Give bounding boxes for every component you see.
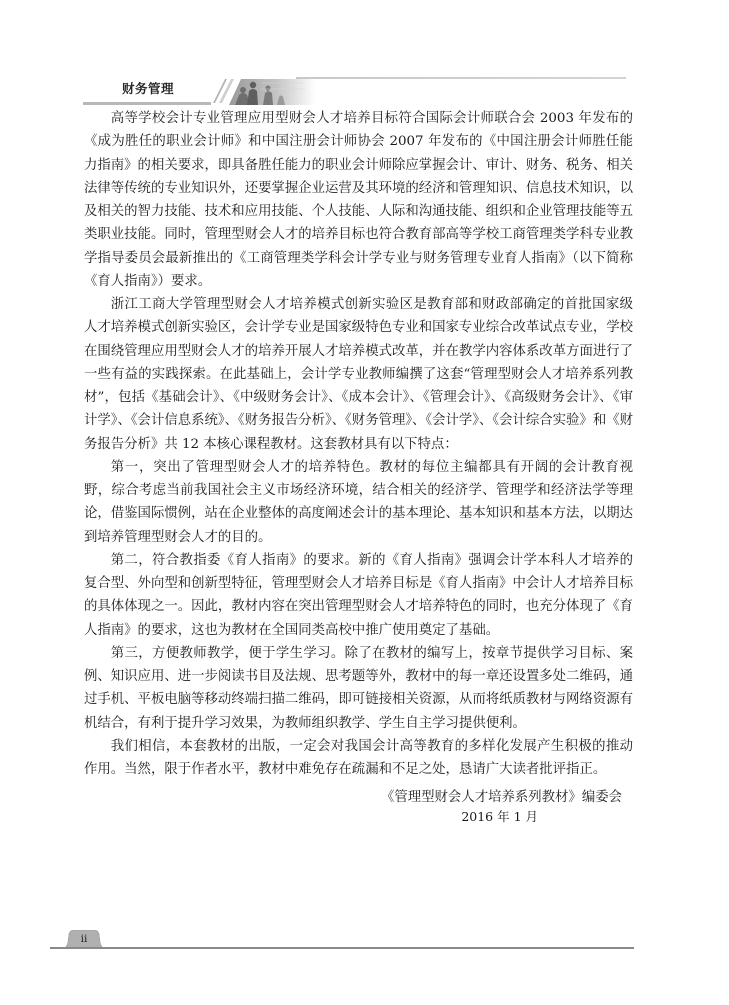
header-top-rule	[296, 77, 626, 79]
footer-rule	[50, 947, 634, 949]
signature-date: 2016 年 1 月	[300, 805, 538, 828]
paragraph-intro: 高等学校会计专业管理应用型财会人才培养目标符合国际会计师联合会 2003 年发布…	[84, 107, 633, 293]
paragraph-series: 浙江工商大学管理型财会人才培养模式创新实验区是教育部和财政部确定的首批国家级人才…	[84, 293, 633, 456]
paragraph-conclusion: 我们相信，本套教材的出版，一定会对我国会计高等教育的多样化发展产生积极的推动作用…	[84, 735, 633, 782]
paragraph-feature-3: 第三，方便教师教学，便于学生学习。除了在教材的编写上，按章节提供学习目标、案例、…	[84, 642, 633, 735]
header-decoration-image	[205, 77, 315, 105]
header-underline-rule	[83, 102, 211, 105]
page-number: ii	[63, 930, 105, 948]
running-header-title: 财务管理	[122, 79, 174, 97]
paragraph-feature-2: 第二，符合教指委《育人指南》的要求。新的《育人指南》强调会计学本科人才培养的复合…	[84, 549, 633, 642]
preface-body: 高等学校会计专业管理应用型财会人才培养目标符合国际会计师联合会 2003 年发布…	[84, 107, 633, 781]
paragraph-feature-1: 第一，突出了管理型财会人才的培养特色。教材的每位主编都具有开阔的会计教育视野，综…	[84, 456, 633, 549]
running-header: 财务管理	[0, 0, 729, 110]
